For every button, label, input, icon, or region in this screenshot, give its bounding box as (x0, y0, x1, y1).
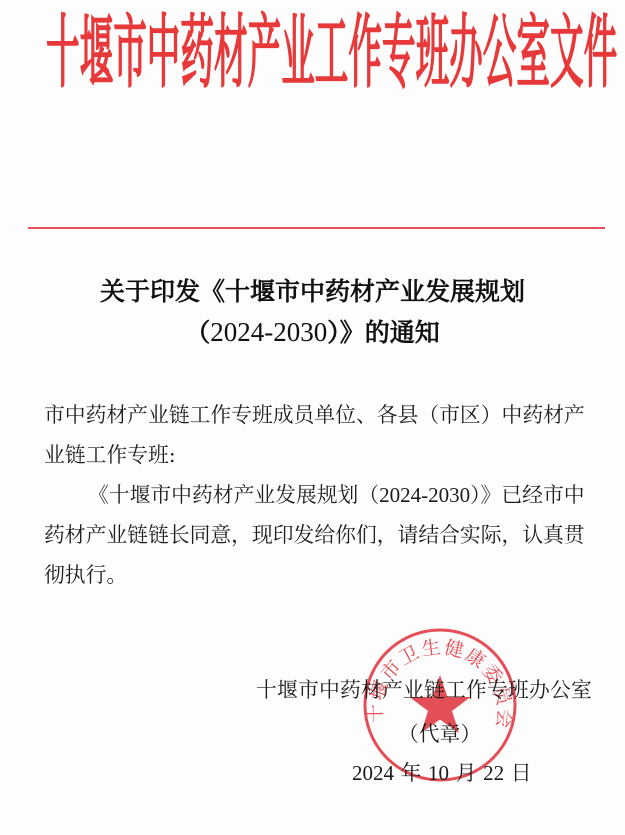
issuer-title: 十堰市中药材产业工作专班办公室文件 (46, 8, 617, 98)
signature-date: 2024 年 10 月 22 日 (352, 761, 532, 785)
paragraph-text-1b: ）》已经市中 (470, 483, 584, 507)
title-open-paren: （ (185, 318, 210, 347)
red-divider-line (28, 227, 605, 229)
paragraph-line-2: 药材产业链链长同意，现印发给你们，请结合实际，认真贯 (44, 523, 585, 547)
paragraph-line-1: 《十堰市中药材产业发展规划（2024-2030）》已经市中 (88, 483, 585, 507)
title-text-2: ）》的通知 (327, 318, 440, 347)
signature-office: 十堰市中药材产业链工作专班办公室 (256, 678, 592, 702)
document-title-line-1: 关于印发《十堰市中药材产业发展规划 (0, 272, 625, 308)
title-years: 2024-2030 (210, 317, 327, 347)
date-day-unit: 日 (511, 761, 532, 785)
document-title-line-2: （2024-2030）》的通知 (0, 313, 625, 349)
addressee-line-1: 市中药材产业链工作专班成员单位、各县（市区）中药材产 (44, 403, 585, 427)
paragraph-text-1a: 《十堰市中药材产业发展规划（ (88, 483, 379, 507)
paragraph-line-3: 彻执行。 (44, 563, 127, 587)
seal-note: （代章） (398, 722, 481, 746)
date-year-unit: 年 (401, 761, 422, 785)
date-year: 2024 (352, 761, 394, 785)
document-header: 十堰市中药材产业工作专班办公室文件 (46, 8, 583, 98)
date-month-unit: 月 (456, 761, 477, 785)
title-text-1: 关于印发《十堰市中药材产业发展规划 (100, 277, 525, 306)
official-seal: 十堰市卫生健康委员会 (362, 627, 518, 783)
date-month: 10 (428, 761, 449, 785)
date-day: 22 (483, 761, 504, 785)
document-page: 十堰市中药材产业工作专班办公室文件 关于印发《十堰市中药材产业发展规划 （202… (0, 0, 625, 835)
addressee-line-2: 业链工作专班: (44, 443, 176, 467)
paragraph-years: 2024-2030 (379, 483, 470, 507)
